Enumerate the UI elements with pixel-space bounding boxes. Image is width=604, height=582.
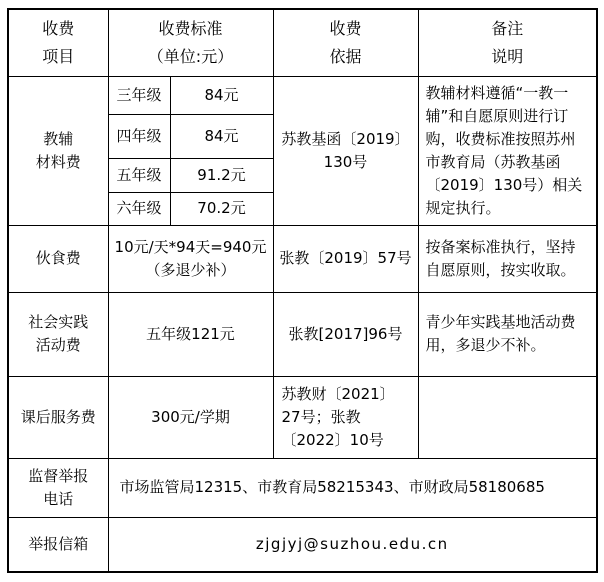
jiaofu-grade6-fee: 70.2元 [170,192,273,225]
xinxiang-label: 举报信箱 [8,517,108,572]
kehou-basis: 苏教财〔2021〕27号；张教〔2022〕10号 [273,376,418,458]
jiandu-phones: 市场监管局12315、市教育局58215343、市财政局58180685 [108,458,597,517]
jiaofu-grade3-fee: 84元 [170,76,273,114]
row-report-email: 举报信箱 zjgjyj@suzhou.edu.cn [8,517,597,572]
jiaofu-grade4-fee: 84元 [170,114,273,158]
jiaofu-grade4-name: 四年级 [108,114,170,158]
row-shehui: 社会实践 活动费 五年级121元 张教[2017]96号 青少年实践基地活动费用… [8,292,597,376]
kehou-label: 课后服务费 [8,376,108,458]
huoshi-remark: 按备案标准执行，坚持自愿原则，按实收取。 [418,225,597,292]
fee-disclosure-page: 收费 项目 收费标准 （单位:元） 收费 依据 备注 说明 教辅 材料费 三年级… [0,0,604,582]
header-row: 收费 项目 收费标准 （单位:元） 收费 依据 备注 说明 [8,9,597,76]
header-fee-basis: 收费 依据 [273,9,418,76]
header-fee-standard: 收费标准 （单位:元） [108,9,273,76]
row-jiaofu-grade3: 教辅 材料费 三年级 84元 苏教基函〔2019〕 130号 教辅材料遵循“一教… [8,76,597,114]
shehui-remark: 青少年实践基地活动费用，多退少不补。 [418,292,597,376]
shehui-standard: 五年级121元 [108,292,273,376]
jiaofu-grade6-name: 六年级 [108,192,170,225]
huoshi-basis: 张教〔2019〕57号 [273,225,418,292]
row-kehou: 课后服务费 300元/学期 苏教财〔2021〕27号；张教〔2022〕10号 [8,376,597,458]
report-email-address: zjgjyj@suzhou.edu.cn [108,517,597,572]
jiaofu-basis: 苏教基函〔2019〕 130号 [273,76,418,225]
kehou-standard: 300元/学期 [108,376,273,458]
jiaofu-grade5-name: 五年级 [108,158,170,192]
jiaofu-label: 教辅 材料费 [8,76,108,225]
row-huoshi: 伙食费 10元/天*94天=940元 （多退少补） 张教〔2019〕57号 按备… [8,225,597,292]
jiaofu-grade5-fee: 91.2元 [170,158,273,192]
header-remark: 备注 说明 [418,9,597,76]
header-fee-item: 收费 项目 [8,9,108,76]
jiaofu-grade3-name: 三年级 [108,76,170,114]
huoshi-label: 伙食费 [8,225,108,292]
huoshi-standard: 10元/天*94天=940元 （多退少补） [108,225,273,292]
row-jiandu-phone: 监督举报 电话 市场监管局12315、市教育局58215343、市财政局5818… [8,458,597,517]
jiandu-label: 监督举报 电话 [8,458,108,517]
kehou-remark [418,376,597,458]
fee-table: 收费 项目 收费标准 （单位:元） 收费 依据 备注 说明 教辅 材料费 三年级… [7,8,598,573]
shehui-label: 社会实践 活动费 [8,292,108,376]
jiaofu-remark: 教辅材料遵循“一教一辅”和自愿原则进行订购，收费标准按照苏州市教育局（苏教基函〔… [418,76,597,225]
shehui-basis: 张教[2017]96号 [273,292,418,376]
